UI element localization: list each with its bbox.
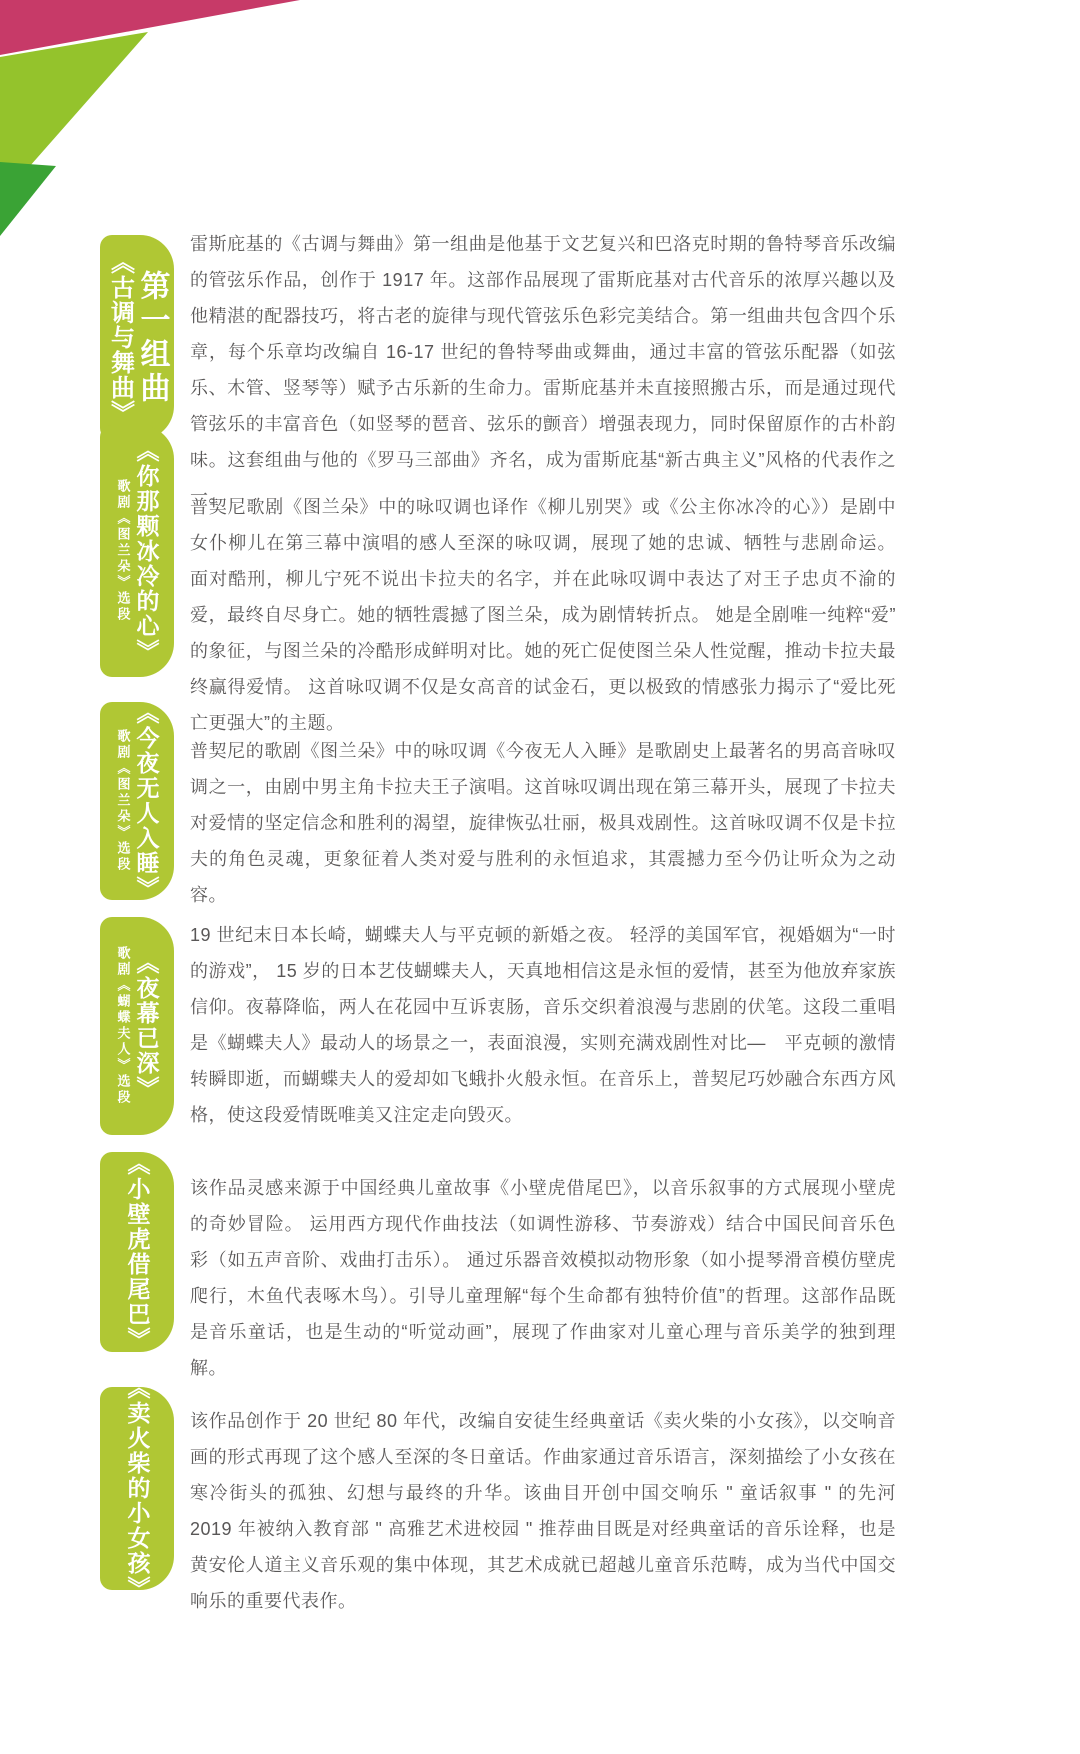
corner-pink-ribbon — [0, 0, 300, 55]
section-tab-subtitle: 歌剧《图兰朵》选段 — [117, 479, 130, 623]
corner-decoration — [0, 0, 320, 260]
section-tab-title: 《你那颗冰冷的心》 — [135, 439, 158, 664]
program-note-paragraph: 普契尼歌剧《图兰朵》中的咏叹调也译作《柳儿别哭》或《公主你冰冷的心》）是剧中女仆… — [190, 489, 896, 741]
section-tab-night-has-fallen: 《夜幕已深》 歌剧《蝴蝶夫人》选段 — [100, 917, 174, 1135]
section-tab-match-girl: 《卖火柴的小女孩》 — [100, 1387, 174, 1590]
section-tab-icy-heart: 《你那颗冰冷的心》 歌剧《图兰朵》选段 — [100, 425, 174, 677]
section-tab-subtitle: 歌剧《图兰朵》选段 — [117, 729, 130, 873]
section-tab-subtitle: 歌剧《蝴蝶夫人》选段 — [117, 946, 130, 1106]
program-note-paragraph: 19 世纪末日本长崎，蝴蝶夫人与平克顿的新婚之夜。 轻浮的美国军官，视婚姻为“一… — [190, 917, 896, 1133]
section-tab-suite-one: 第一组曲 《古调与舞曲》 — [100, 235, 174, 440]
section-tab-subtitle: 《古调与舞曲》 — [108, 250, 132, 425]
section-tab-nessun-dorma: 《今夜无人入睡》 歌剧《图兰朵》选段 — [100, 702, 174, 900]
section-tab-title: 《卖火柴的小女孩》 — [126, 1376, 149, 1601]
section-tab-title: 《小壁虎借尾巴》 — [126, 1152, 149, 1352]
section-tab-little-gecko: 《小壁虎借尾巴》 — [100, 1152, 174, 1352]
program-note-paragraph: 普契尼的歌剧《图兰朵》中的咏叹调《今夜无人入睡》是歌剧史上最著名的男高音咏叹调之… — [190, 733, 896, 913]
corner-dark-green-wedge — [0, 162, 56, 236]
program-notes-page: { "colors": { "label_green": "#b0c734", … — [0, 0, 1080, 1754]
section-tab-title: 《夜幕已深》 — [135, 951, 158, 1101]
program-note-paragraph: 雷斯庇基的《古调与舞曲》第一组曲是他基于文艺复兴和巴洛克时期的鲁特琴音乐改编的管… — [190, 226, 896, 514]
program-note-paragraph: 该作品灵感来源于中国经典儿童故事《小壁虎借尾巴》，以音乐叙事的方式展现小壁虎的奇… — [190, 1170, 896, 1386]
section-tab-title: 《今夜无人入睡》 — [135, 701, 158, 901]
section-tab-title: 第一组曲 — [137, 270, 167, 406]
program-note-paragraph: 该作品创作于 20 世纪 80 年代，改编自安徒生经典童话《卖火柴的小女孩》，以… — [190, 1403, 896, 1619]
